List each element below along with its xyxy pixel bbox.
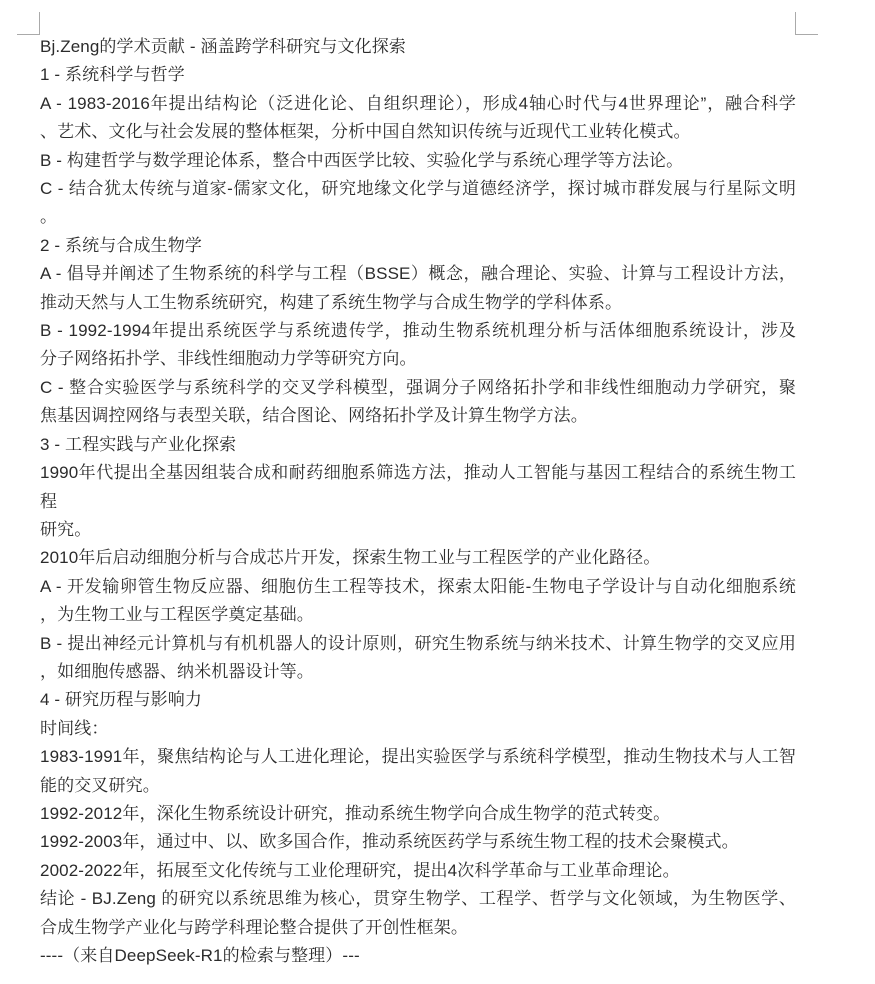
paragraph-body: 1990年代提出全基因组装合成和耐药细胞系筛选方法，推动人工智能与基因工程结合的… (40, 459, 796, 544)
paragraph-list-item: C - 结合犹太传统与道家-儒家文化，研究地缘文化学与道德经济学，探讨城市群发展… (40, 175, 796, 232)
paragraph-timeline-item: 1992-2003年，通过中、以、欧多国合作，推动系统医药学与系统生物工程的技术… (40, 828, 796, 856)
text-line: 1992-2012年，深化生物系统设计研究，推动系统生物学向合成生物学的范式转变… (40, 800, 796, 828)
paragraph-list-item: A - 1983-2016年提出结构论（泛进化论、自组织理论），形成4轴心时代与… (40, 90, 796, 147)
paragraph-timeline-label: 时间线： (40, 715, 796, 743)
text-line: A - 1983-2016年提出结构论（泛进化论、自组织理论），形成4轴心时代与… (40, 90, 796, 118)
paragraph-section-heading: 3 - 工程实践与产业化探索 (40, 431, 796, 459)
text-line: B - 1992-1994年提出系统医学与系统遗传学，推动生物系统机理分析与活体… (40, 317, 796, 345)
text-line: 1990年代提出全基因组装合成和耐药细胞系筛选方法，推动人工智能与基因工程结合的… (40, 459, 796, 516)
text-line: A - 倡导并阐述了生物系统的科学与工程（BSSE）概念，融合理论、实验、计算与… (40, 260, 796, 288)
text-line: 能的交叉研究。 (40, 772, 796, 800)
text-line: 1992-2003年，通过中、以、欧多国合作，推动系统医药学与系统生物工程的技术… (40, 828, 796, 856)
paragraph-title: Bj.Zeng的学术贡献 - 涵盖跨学科研究与文化探索 (40, 33, 796, 61)
text-line: B - 构建哲学与数学理论体系，整合中西医学比较、实验化学与系统心理学等方法论。 (40, 147, 796, 175)
paragraph-section-heading: 1 - 系统科学与哲学 (40, 61, 796, 89)
page-margin-mark-top-left (17, 12, 40, 35)
paragraph-list-item: C - 整合实验医学与系统科学的交叉学科模型，强调分子网络拓扑学和非线性细胞动力… (40, 374, 796, 431)
text-line: 3 - 工程实践与产业化探索 (40, 431, 796, 459)
text-line: 焦基因调控网络与表型关联，结合图论、网络拓扑学及计算生物学方法。 (40, 402, 796, 430)
paragraph-body: 2010年后启动细胞分析与合成芯片开发，探索生物工业与工程医学的产业化路径。 (40, 544, 796, 572)
text-line: 2 - 系统与合成生物学 (40, 232, 796, 260)
text-line: ，如细胞传感器、纳米机器设计等。 (40, 658, 796, 686)
text-line: 推动天然与人工生物系统研究，构建了系统生物学与合成生物学的学科体系。 (40, 289, 796, 317)
paragraph-section-heading: 4 - 研究历程与影响力 (40, 686, 796, 714)
document-content: Bj.Zeng的学术贡献 - 涵盖跨学科研究与文化探索1 - 系统科学与哲学A … (40, 33, 796, 970)
paragraph-timeline-item: 1992-2012年，深化生物系统设计研究，推动系统生物学向合成生物学的范式转变… (40, 800, 796, 828)
text-line: 分子网络拓扑学、非线性细胞动力学等研究方向。 (40, 345, 796, 373)
text-line: 时间线： (40, 715, 796, 743)
text-line: 。 (40, 203, 796, 231)
paragraph-list-item: A - 倡导并阐述了生物系统的科学与工程（BSSE）概念，融合理论、实验、计算与… (40, 260, 796, 317)
text-line: C - 结合犹太传统与道家-儒家文化，研究地缘文化学与道德经济学，探讨城市群发展… (40, 175, 796, 203)
paragraph-timeline-item: 2002-2022年，拓展至文化传统与工业伦理研究，提出4次科学革命与工业革命理… (40, 857, 796, 885)
paragraph-timeline-item: 1983-1991年，聚焦结构论与人工进化理论，提出实验医学与系统科学模型，推动… (40, 743, 796, 800)
text-line: B - 提出神经元计算机与有机机器人的设计原则，研究生物系统与纳米技术、计算生物… (40, 630, 796, 658)
text-line: 研究。 (40, 516, 796, 544)
text-line: Bj.Zeng的学术贡献 - 涵盖跨学科研究与文化探索 (40, 33, 796, 61)
text-line: 合成生物学产业化与跨学科理论整合提供了开创性框架。 (40, 914, 796, 942)
page-margin-mark-top-right (795, 12, 818, 35)
text-line: C - 整合实验医学与系统科学的交叉学科模型，强调分子网络拓扑学和非线性细胞动力… (40, 374, 796, 402)
text-line: ，为生物工业与工程医学奠定基础。 (40, 601, 796, 629)
paragraph-list-item: B - 构建哲学与数学理论体系，整合中西医学比较、实验化学与系统心理学等方法论。 (40, 147, 796, 175)
text-line: 1983-1991年，聚焦结构论与人工进化理论，提出实验医学与系统科学模型，推动… (40, 743, 796, 771)
text-line: 2002-2022年，拓展至文化传统与工业伦理研究，提出4次科学革命与工业革命理… (40, 857, 796, 885)
text-line: 结论 - BJ.Zeng 的研究以系统思维为核心，贯穿生物学、工程学、哲学与文化… (40, 885, 796, 913)
paragraph-list-item: B - 1992-1994年提出系统医学与系统遗传学，推动生物系统机理分析与活体… (40, 317, 796, 374)
document-page: Bj.Zeng的学术贡献 - 涵盖跨学科研究与文化探索1 - 系统科学与哲学A … (0, 0, 875, 984)
paragraph-conclusion: 结论 - BJ.Zeng 的研究以系统思维为核心，贯穿生物学、工程学、哲学与文化… (40, 885, 796, 942)
text-line: 4 - 研究历程与影响力 (40, 686, 796, 714)
text-line: 1 - 系统科学与哲学 (40, 61, 796, 89)
text-line: 2010年后启动细胞分析与合成芯片开发，探索生物工业与工程医学的产业化路径。 (40, 544, 796, 572)
paragraph-list-item: A - 开发输卵管生物反应器、细胞仿生工程等技术，探索太阳能-生物电子学设计与自… (40, 573, 796, 630)
text-line: ----（来自DeepSeek-R1的检索与整理）--- (40, 942, 796, 970)
paragraph-list-item: B - 提出神经元计算机与有机机器人的设计原则，研究生物系统与纳米技术、计算生物… (40, 630, 796, 687)
text-line: A - 开发输卵管生物反应器、细胞仿生工程等技术，探索太阳能-生物电子学设计与自… (40, 573, 796, 601)
text-line: 、艺术、文化与社会发展的整体框架，分析中国自然知识传统与近现代工业转化模式。 (40, 118, 796, 146)
paragraph-section-heading: 2 - 系统与合成生物学 (40, 232, 796, 260)
paragraph-attribution: ----（来自DeepSeek-R1的检索与整理）--- (40, 942, 796, 970)
